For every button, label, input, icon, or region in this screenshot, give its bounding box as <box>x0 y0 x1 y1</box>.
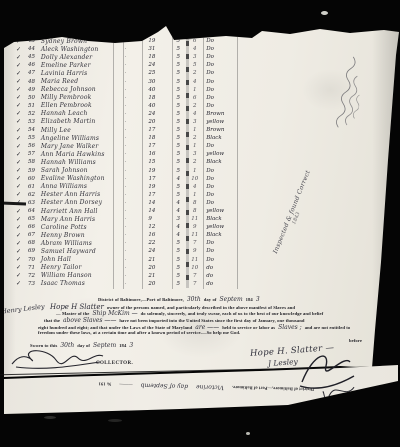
form-text: eight hundred and eight; and that under … <box>38 325 192 330</box>
check-mark: ✓ <box>16 191 28 198</box>
age-value: 17 <box>148 127 170 133</box>
check-mark: ✓ <box>16 78 28 85</box>
height-inches: 4 <box>186 79 203 85</box>
person-name: Lavinia Harris <box>41 70 103 77</box>
ditto-mark: · <box>103 95 149 101</box>
dust-smudge <box>108 419 122 422</box>
color-value: Black <box>203 135 246 141</box>
table-row: ✓51Ellen Pembrook·4052Do <box>16 102 246 110</box>
check-mark: ✓ <box>16 264 28 271</box>
ditto-mark: · <box>103 46 149 52</box>
table-row: ✓44Aleck Washington·3154Do <box>16 45 246 53</box>
strip-ship-hand: Victorine <box>196 384 224 392</box>
height-inches: 3 <box>186 54 203 60</box>
before-label: before <box>349 338 362 343</box>
ditto-mark: · <box>103 70 149 76</box>
table-row: ✓49Rebecca Johnson·4051Do <box>16 86 246 94</box>
height-inches: 2 <box>186 70 203 76</box>
height-inches: 2 <box>186 135 203 141</box>
height-feet: 5 <box>170 95 186 101</box>
height-inches: 1 <box>186 192 203 198</box>
person-name: Sarah Johnson <box>41 167 103 174</box>
age-value: 19 <box>148 38 170 44</box>
table-row: ✓57Ann Maria Hawkins·1653yellow <box>16 150 246 158</box>
age-value: 15 <box>148 159 170 165</box>
table-row: ✓71Henry Tailor·20510do <box>16 264 246 272</box>
table-row: ✓63Hester Ann Dorsey·1448Do <box>16 199 246 207</box>
row-number: 71 <box>28 265 41 271</box>
height-feet: 3 <box>170 216 186 222</box>
color-value: do <box>203 273 246 279</box>
color-value: Do <box>203 54 246 60</box>
check-mark: ✓ <box>16 38 28 45</box>
row-number: 55 <box>28 135 41 141</box>
person-name: Ann Maria Hawkins <box>41 151 103 158</box>
height-inches: 1 <box>186 143 203 149</box>
height-feet: 5 <box>170 168 186 174</box>
height-inches: 1 <box>186 87 203 93</box>
row-number: 73 <box>28 281 41 287</box>
color-value: Black <box>203 159 246 165</box>
person-name: Milly Lee <box>41 127 103 134</box>
person-name: Hester Ann Dorsey <box>41 199 103 206</box>
person-name: Ellen Pembrook <box>41 102 103 109</box>
ditto-mark: · <box>103 240 149 246</box>
month-hand: Septem <box>219 296 242 303</box>
age-value: 16 <box>149 151 171 157</box>
check-mark: ✓ <box>16 62 28 69</box>
height-feet: 5 <box>170 143 186 149</box>
height-inches: 1 <box>186 127 203 133</box>
person-name: Samuel Hayward <box>41 248 103 255</box>
height-feet: 4 <box>170 224 186 230</box>
height-inches: 4 <box>186 46 203 52</box>
row-number: 50 <box>28 95 41 101</box>
row-number: 43 <box>28 38 41 44</box>
height-inches: 11 <box>186 232 203 238</box>
height-inches: 5 <box>186 62 203 68</box>
table-row: ✓53Elizabeth Martin·2053yellow <box>16 118 246 126</box>
person-name: Aleck Washington <box>41 46 103 53</box>
check-mark: ✓ <box>16 110 28 117</box>
ditto-mark: · <box>103 273 149 279</box>
height-feet: 5 <box>170 70 186 76</box>
person-name: Hester Ann Harris <box>41 191 103 198</box>
row-number: 45 <box>28 54 41 60</box>
age-value: 24 <box>148 248 170 254</box>
age-value: 20 <box>148 119 170 125</box>
age-value: 20 <box>148 281 170 287</box>
age-value: 18 <box>148 95 170 101</box>
ditto-mark: · <box>103 184 149 190</box>
row-number: 54 <box>28 127 41 133</box>
table-row: ✓67Henny Brown·16411Black <box>16 231 246 239</box>
ditto-mark: · <box>103 151 149 157</box>
color-value: yellow <box>203 208 246 214</box>
person-name: William Hanson <box>41 272 103 279</box>
height-inches: 10 <box>186 265 203 271</box>
age-value: 21 <box>148 273 170 279</box>
large-flourish-signature <box>296 348 358 390</box>
height-inches: 1 <box>186 168 203 174</box>
height-inches: 3 <box>186 119 203 125</box>
scanned-document-photo: ✓43Sydney Brown·1956Do✓44Aleck Washingto… <box>0 0 400 447</box>
age-value: 17 <box>148 143 170 149</box>
table-row: ✓56Mary Jane Walker·1751Do <box>16 142 246 150</box>
height-feet: 5 <box>170 192 186 198</box>
color-value: Do <box>203 62 246 68</box>
check-mark: ✓ <box>16 54 28 61</box>
height-feet: 5 <box>170 257 186 263</box>
height-inches: 6 <box>186 38 203 44</box>
age-value: 22 <box>148 240 170 246</box>
signature-lesley: J Lesley <box>268 357 298 368</box>
person-name: Abram Williams <box>41 240 103 247</box>
ditto-mark: · <box>103 281 149 287</box>
check-mark: ✓ <box>16 183 28 190</box>
color-value: Do <box>203 38 246 44</box>
table-row: ✓45Dolly Alexander·1853Do <box>16 53 246 61</box>
year-hand: 3 <box>256 296 260 303</box>
person-name: Anna Williams <box>41 183 103 190</box>
height-inches: 4 <box>186 184 203 190</box>
slaves-hand: above Slaves —— <box>63 317 116 324</box>
age-value: 12 <box>148 224 170 230</box>
person-name: Rebecca Johnson <box>41 86 103 93</box>
ditto-mark: · <box>103 168 149 174</box>
color-value: Do <box>203 176 246 182</box>
height-feet: 5 <box>170 103 186 109</box>
ditto-mark: · <box>103 248 149 254</box>
person-name: Isaac Thomas <box>41 280 103 287</box>
dust-smudge <box>44 416 56 419</box>
person-name: Harriett Ann Hall <box>41 208 103 215</box>
table-row: ✓52Hannah Leach·2454Brown <box>16 110 246 118</box>
row-number: 44 <box>28 46 41 52</box>
height-feet: 5 <box>170 240 186 246</box>
table-row: ✓69Samuel Hayward·2459Do <box>16 247 246 255</box>
person-name: Hannah Leach <box>41 110 103 117</box>
inspection-note-date: 1843 <box>291 125 336 226</box>
check-mark: ✓ <box>16 94 28 101</box>
form-text: 184 <box>119 343 126 348</box>
check-mark: ✓ <box>16 70 28 77</box>
height-feet: 4 <box>170 232 186 238</box>
row-number: 47 <box>28 70 41 76</box>
height-inches: 11 <box>186 216 203 222</box>
age-value: 18 <box>148 135 170 141</box>
row-number: 66 <box>28 224 41 230</box>
ditto-mark: · <box>103 111 149 117</box>
color-value: Black <box>203 232 246 238</box>
height-inches: 7 <box>186 240 203 246</box>
check-mark: ✓ <box>16 118 28 125</box>
collector-signature-flourish <box>8 344 108 370</box>
check-mark: ✓ <box>16 127 28 134</box>
color-value: Brown <box>203 127 246 133</box>
age-value: 17 <box>148 192 170 198</box>
height-inches: 8 <box>186 208 203 214</box>
color-value: Do <box>203 240 246 246</box>
form-heading: District of Baltimore,—Port of Baltimore… <box>98 297 184 302</box>
color-value: Do <box>203 257 246 263</box>
row-number: 46 <box>28 62 41 68</box>
height-feet: 5 <box>170 184 186 190</box>
color-value: Do <box>203 248 246 254</box>
ditto-mark: · <box>103 176 149 182</box>
inspection-note: Inspected & found Correct 1843 <box>272 122 336 257</box>
check-mark: ✓ <box>16 167 28 174</box>
height-inches: 9 <box>186 224 203 230</box>
height-feet: 4 <box>170 200 186 206</box>
year-hand: 3 <box>129 342 133 349</box>
row-number: 64 <box>28 208 41 214</box>
strip-date-hand: day of Septemb <box>141 382 189 390</box>
table-row: ✓68Abram Williams·2257Do <box>16 239 246 247</box>
row-number: 72 <box>28 273 41 279</box>
ditto-mark: · <box>103 159 149 165</box>
form-text: that the <box>44 318 60 323</box>
row-number: 70 <box>28 257 41 263</box>
height-feet: 5 <box>170 46 186 52</box>
height-feet: 5 <box>170 281 186 287</box>
height-inches: 6 <box>186 95 203 101</box>
color-value: do <box>203 265 246 271</box>
color-value: Do <box>203 46 246 52</box>
age-value: 19 <box>148 184 170 190</box>
height-inches: 4 <box>186 111 203 117</box>
height-feet: 5 <box>170 111 186 117</box>
person-name: Maria Reed <box>41 78 103 85</box>
color-value: Do <box>203 184 246 190</box>
check-mark: ✓ <box>16 232 28 239</box>
person-name: Hannah Williams <box>41 159 103 166</box>
row-number: 49 <box>28 87 41 93</box>
person-name: Mary Jane Walker <box>41 143 103 150</box>
age-value: 14 <box>148 208 170 214</box>
row-number: 58 <box>28 159 41 165</box>
age-value: 40 <box>148 103 170 109</box>
height-feet: 4 <box>170 208 186 214</box>
age-value: 25 <box>148 70 170 76</box>
age-value: 31 <box>148 46 170 52</box>
form-text: day of <box>204 297 217 302</box>
check-mark: ✓ <box>16 224 28 231</box>
row-number: 52 <box>28 111 41 117</box>
check-mark: ✓ <box>16 240 28 247</box>
height-feet: 5 <box>170 273 186 279</box>
table-row: ✓58Hannah Williams·1552Black <box>16 158 246 166</box>
check-mark: ✓ <box>16 159 28 166</box>
row-number: 65 <box>28 216 41 222</box>
table-row: ✓50Milly Pembrook·1856Do <box>16 94 246 102</box>
height-inches: 3 <box>186 151 203 157</box>
ditto-mark: · <box>103 216 149 222</box>
height-inches: 2 <box>186 103 203 109</box>
height-feet: 5 <box>170 54 186 60</box>
row-number: 63 <box>28 200 41 206</box>
ditto-mark: · <box>103 103 149 109</box>
height-inches: 10 <box>186 176 203 182</box>
height-feet: 5 <box>170 79 186 85</box>
person-name: Evaline Washington <box>41 175 103 182</box>
row-number: 56 <box>28 143 41 149</box>
person-name: Henny Brown <box>41 232 103 239</box>
table-row: ✓73Isaac Thomas·2057do <box>16 280 246 288</box>
color-value: Do <box>203 143 246 149</box>
table-row: ✓64Harriett Ann Hall·1448yellow <box>16 207 246 215</box>
age-value: 14 <box>148 200 170 206</box>
check-mark: ✓ <box>16 272 28 279</box>
color-value: Do <box>203 192 246 198</box>
row-number: 48 <box>28 79 41 85</box>
table-row: ✓65Mary Ann Harris·9311Black <box>16 215 246 223</box>
slaves-hand: Slaves ; <box>278 324 302 331</box>
check-mark: ✓ <box>16 135 28 142</box>
ditto-mark: · <box>103 200 149 206</box>
row-number: 62 <box>28 192 41 198</box>
manifest-rows: ✓43Sydney Brown·1956Do✓44Aleck Washingto… <box>16 37 246 288</box>
height-feet: 5 <box>170 159 186 165</box>
color-value: yellow <box>203 119 246 125</box>
table-row: ✓47Lavinia Harris·2552Do <box>16 69 246 77</box>
check-mark: ✓ <box>16 248 28 255</box>
color-value: do <box>203 281 246 287</box>
ditto-mark: · <box>103 143 149 149</box>
table-row: ✓72William Hanson·2157do <box>16 272 246 280</box>
age-value: 21 <box>148 257 170 263</box>
color-value: Do <box>203 70 246 76</box>
age-value: 40 <box>148 87 170 93</box>
row-number: 61 <box>28 184 41 190</box>
height-feet: 5 <box>170 151 186 157</box>
height-inches: 11 <box>186 257 203 263</box>
row-number: 68 <box>28 240 41 246</box>
ditto-mark: · <box>103 224 149 230</box>
ditto-mark: · <box>103 54 149 60</box>
check-mark: ✓ <box>16 256 28 263</box>
row-number: 67 <box>28 232 41 238</box>
dust-speck <box>246 432 250 435</box>
row-number: 53 <box>28 119 41 125</box>
check-mark: ✓ <box>16 46 28 53</box>
person-name: Emeline Parker <box>41 62 103 69</box>
height-inches: 7 <box>186 281 203 287</box>
height-feet: 5 <box>170 38 186 44</box>
person-name: Sydney Brown <box>41 38 103 45</box>
ditto-mark: · <box>103 192 149 198</box>
ditto-mark: · <box>103 38 149 44</box>
ditto-mark: · <box>103 135 149 141</box>
ditto-mark: · <box>103 257 149 263</box>
strip-number-label: № 191 <box>98 382 111 387</box>
form-text: 184 <box>246 297 253 302</box>
ditto-mark: · <box>103 79 149 85</box>
check-mark: ✓ <box>16 151 28 158</box>
height-inches: 7 <box>186 273 203 279</box>
age-value: 17 <box>149 176 171 182</box>
person-name: Milly Pembrook <box>41 94 103 101</box>
form-text: — Master of the <box>56 311 89 316</box>
table-row: ✓70John Hall·21511Do <box>16 256 246 264</box>
table-row: ✓43Sydney Brown·1956Do <box>16 37 246 45</box>
marginal-note-illegible <box>332 42 376 133</box>
color-value: Do <box>203 168 246 174</box>
color-value: Black <box>203 216 246 222</box>
table-row: ✓61Anna Williams·1954Do <box>16 183 246 191</box>
color-value: Do <box>203 87 246 93</box>
check-mark: ✓ <box>16 143 28 150</box>
age-value: 24 <box>148 111 170 117</box>
person-name: Dolly Alexander <box>41 54 103 61</box>
table-row: ✓59Sarah Johnson·1951Do <box>16 167 246 175</box>
person-name: Elizabeth Martin <box>41 118 103 125</box>
color-value: Do <box>203 103 246 109</box>
height-feet: 4 <box>170 176 186 182</box>
ditto-mark: · <box>103 127 149 133</box>
height-feet: 5 <box>170 87 186 93</box>
ditto-mark: · <box>103 208 149 214</box>
table-row: ✓60Evaline Washington·17410Do <box>16 175 246 183</box>
strip-dash: ——— <box>119 383 133 388</box>
row-number: 69 <box>28 248 41 254</box>
form-text: and are not entitled to <box>305 325 351 330</box>
color-value: Do <box>203 95 246 101</box>
inspection-note-text: Inspected & found Correct <box>272 122 331 254</box>
table-row: ✓48Maria Reed·3054Do <box>16 77 246 85</box>
row-number: 59 <box>28 168 41 174</box>
age-value: 18 <box>148 54 170 60</box>
height-feet: 5 <box>170 127 186 133</box>
person-name: Mary Ann Harris <box>41 216 103 223</box>
age-value: 24 <box>148 62 170 68</box>
check-mark: ✓ <box>16 199 28 206</box>
check-mark: ✓ <box>16 280 28 287</box>
table-row: ✓54Milly Lee·1751Brown <box>16 126 246 134</box>
height-feet: 5 <box>170 62 186 68</box>
ditto-mark: · <box>103 119 149 125</box>
table-row: ✓55Angeline Williams·1852Black <box>16 134 246 142</box>
color-value: yellow <box>203 151 246 157</box>
height-feet: 5 <box>170 119 186 125</box>
table-row: ✓46Emeline Parker·2455Do <box>16 61 246 69</box>
form-text: have not been imported into the United S… <box>119 318 304 323</box>
affidavit-block: District of Baltimore,—Port of Baltimore… <box>10 296 374 337</box>
dust-speck <box>321 11 328 15</box>
row-number: 57 <box>28 151 41 157</box>
color-value: Do <box>203 79 246 85</box>
person-name: Angeline Williams <box>41 135 103 142</box>
height-inches: 8 <box>186 200 203 206</box>
color-value: yellow <box>203 224 246 230</box>
check-mark: ✓ <box>16 175 28 182</box>
check-mark: ✓ <box>16 208 28 215</box>
check-mark: ✓ <box>16 86 28 93</box>
height-inches: 9 <box>186 248 203 254</box>
form-text: do solemnly, sincerely, and truly swear,… <box>141 311 324 316</box>
height-feet: 5 <box>170 135 186 141</box>
ditto-mark: · <box>103 87 149 93</box>
check-mark: ✓ <box>16 216 28 223</box>
ditto-mark: · <box>103 265 149 271</box>
height-feet: 5 <box>170 248 186 254</box>
row-number: 51 <box>28 103 41 109</box>
table-row: ✓62Hester Ann Harris·1751Do <box>16 191 246 199</box>
person-name: Henry Tailor <box>41 264 103 271</box>
day-hand: 30th <box>187 296 201 303</box>
table-row: ✓66Caroline Potts·1249yellow <box>16 223 246 231</box>
color-value: Do <box>203 200 246 206</box>
